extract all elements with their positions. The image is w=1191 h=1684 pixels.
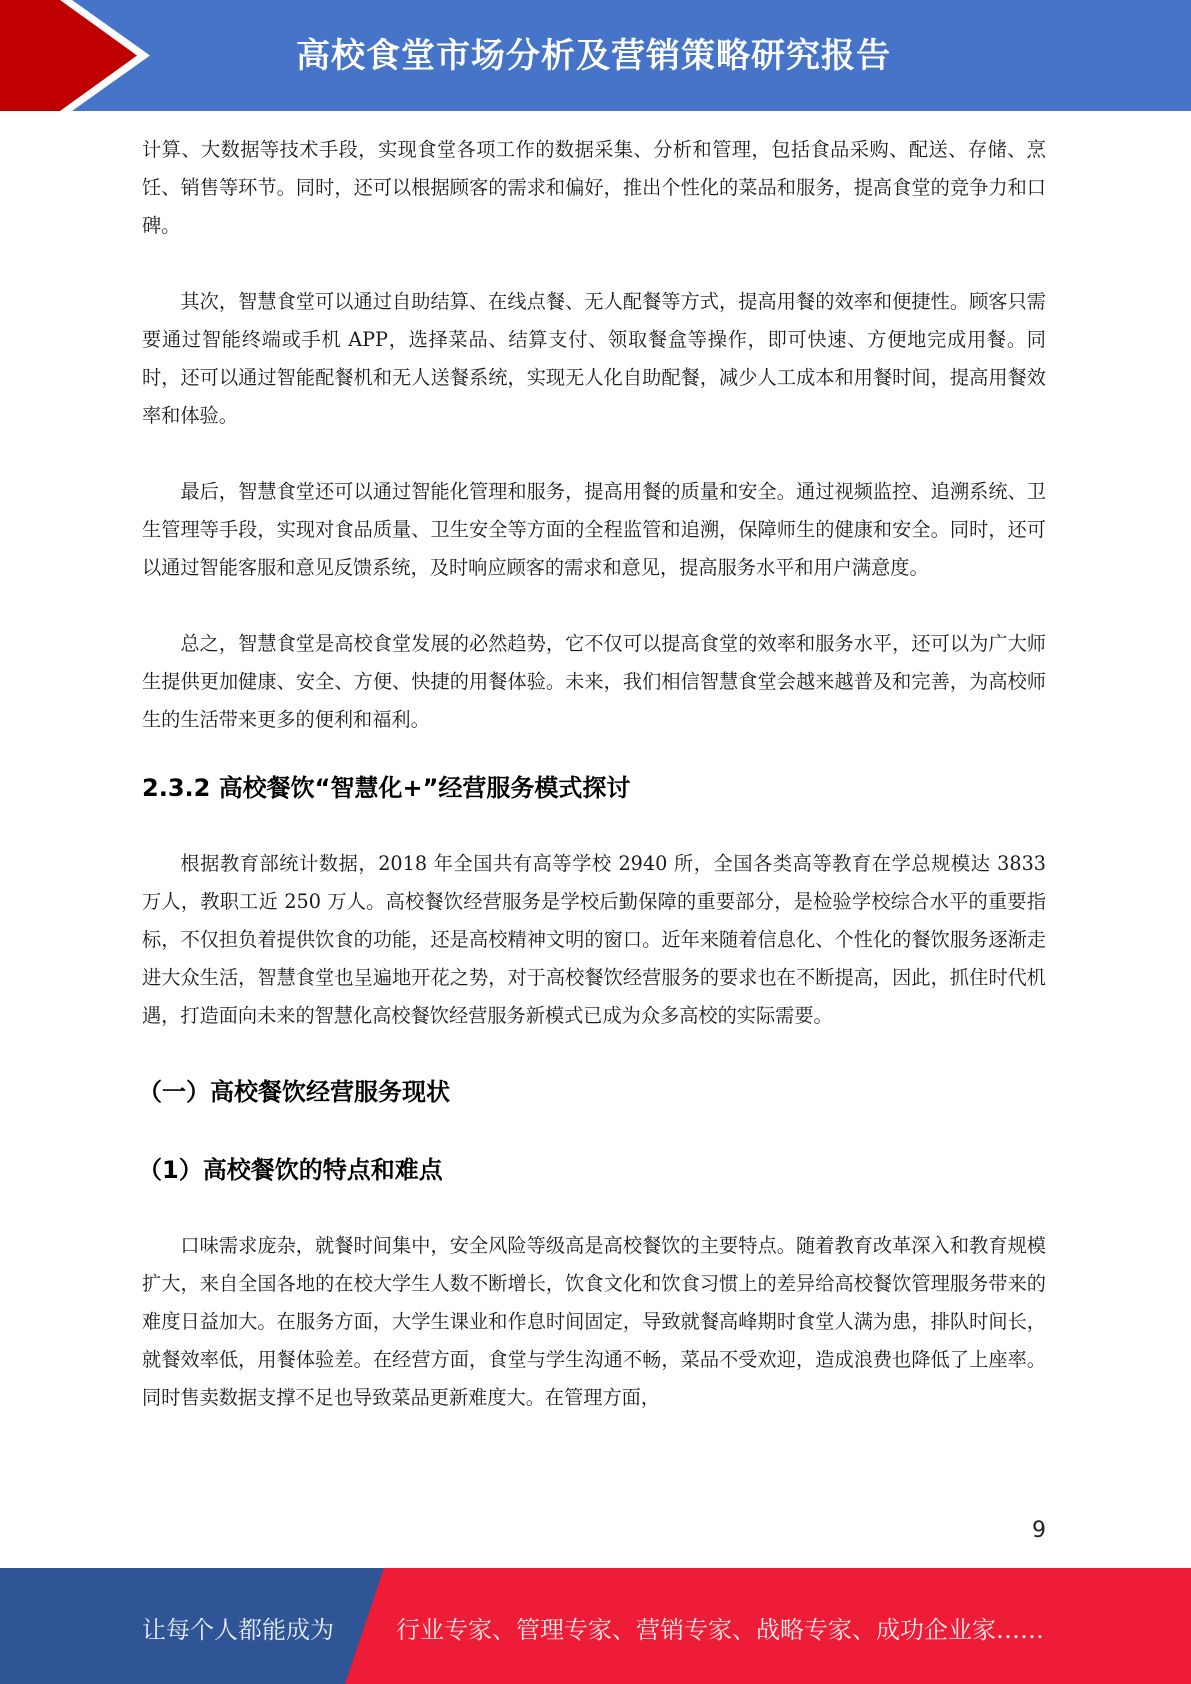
report-title: 高校食堂市场分析及营销策略研究报告: [296, 28, 891, 77]
paragraph: 最后，智慧食堂还可以通过智能化管理和服务，提高用餐的质量和安全。通过视频监控、追…: [142, 473, 1046, 587]
paragraph: 计算、大数据等技术手段，实现食堂各项工作的数据采集、分析和管理，包括食品采购、配…: [142, 131, 1046, 245]
page-header: 高校食堂市场分析及营销策略研究报告: [0, 0, 1191, 111]
page-footer: 让每个人都能成为 行业专家、管理专家、营销专家、战略专家、成功企业家……: [0, 1568, 1191, 1684]
footer-slogan-left: 让每个人都能成为: [142, 1610, 334, 1645]
subheading: （一）高校餐饮经营服务现状: [138, 1073, 1046, 1111]
subheading: （1）高校餐饮的特点和难点: [138, 1151, 1046, 1189]
paragraph: 口味需求庞杂，就餐时间集中，安全风险等级高是高校餐饮的主要特点。随着教育改革深入…: [142, 1227, 1046, 1417]
footer-slogan-right: 行业专家、管理专家、营销专家、战略专家、成功企业家……: [396, 1610, 1044, 1645]
paragraph: 总之，智慧食堂是高校食堂发展的必然趋势，它不仅可以提高食堂的效率和服务水平，还可…: [142, 625, 1046, 739]
paragraph: 其次，智慧食堂可以通过自助结算、在线点餐、无人配餐等方式，提高用餐的效率和便捷性…: [142, 283, 1046, 435]
paragraph: 根据教育部统计数据，2018 年全国共有高等学校 2940 所，全国各类高等教育…: [142, 845, 1046, 1035]
red-arrow-icon: [0, 0, 160, 111]
page-number: 9: [1032, 1518, 1046, 1543]
section-heading: 2.3.2 高校餐饮“智慧化+”经营服务模式探讨: [142, 769, 1046, 807]
page-content: 计算、大数据等技术手段，实现食堂各项工作的数据采集、分析和管理，包括食品采购、配…: [142, 131, 1046, 1417]
